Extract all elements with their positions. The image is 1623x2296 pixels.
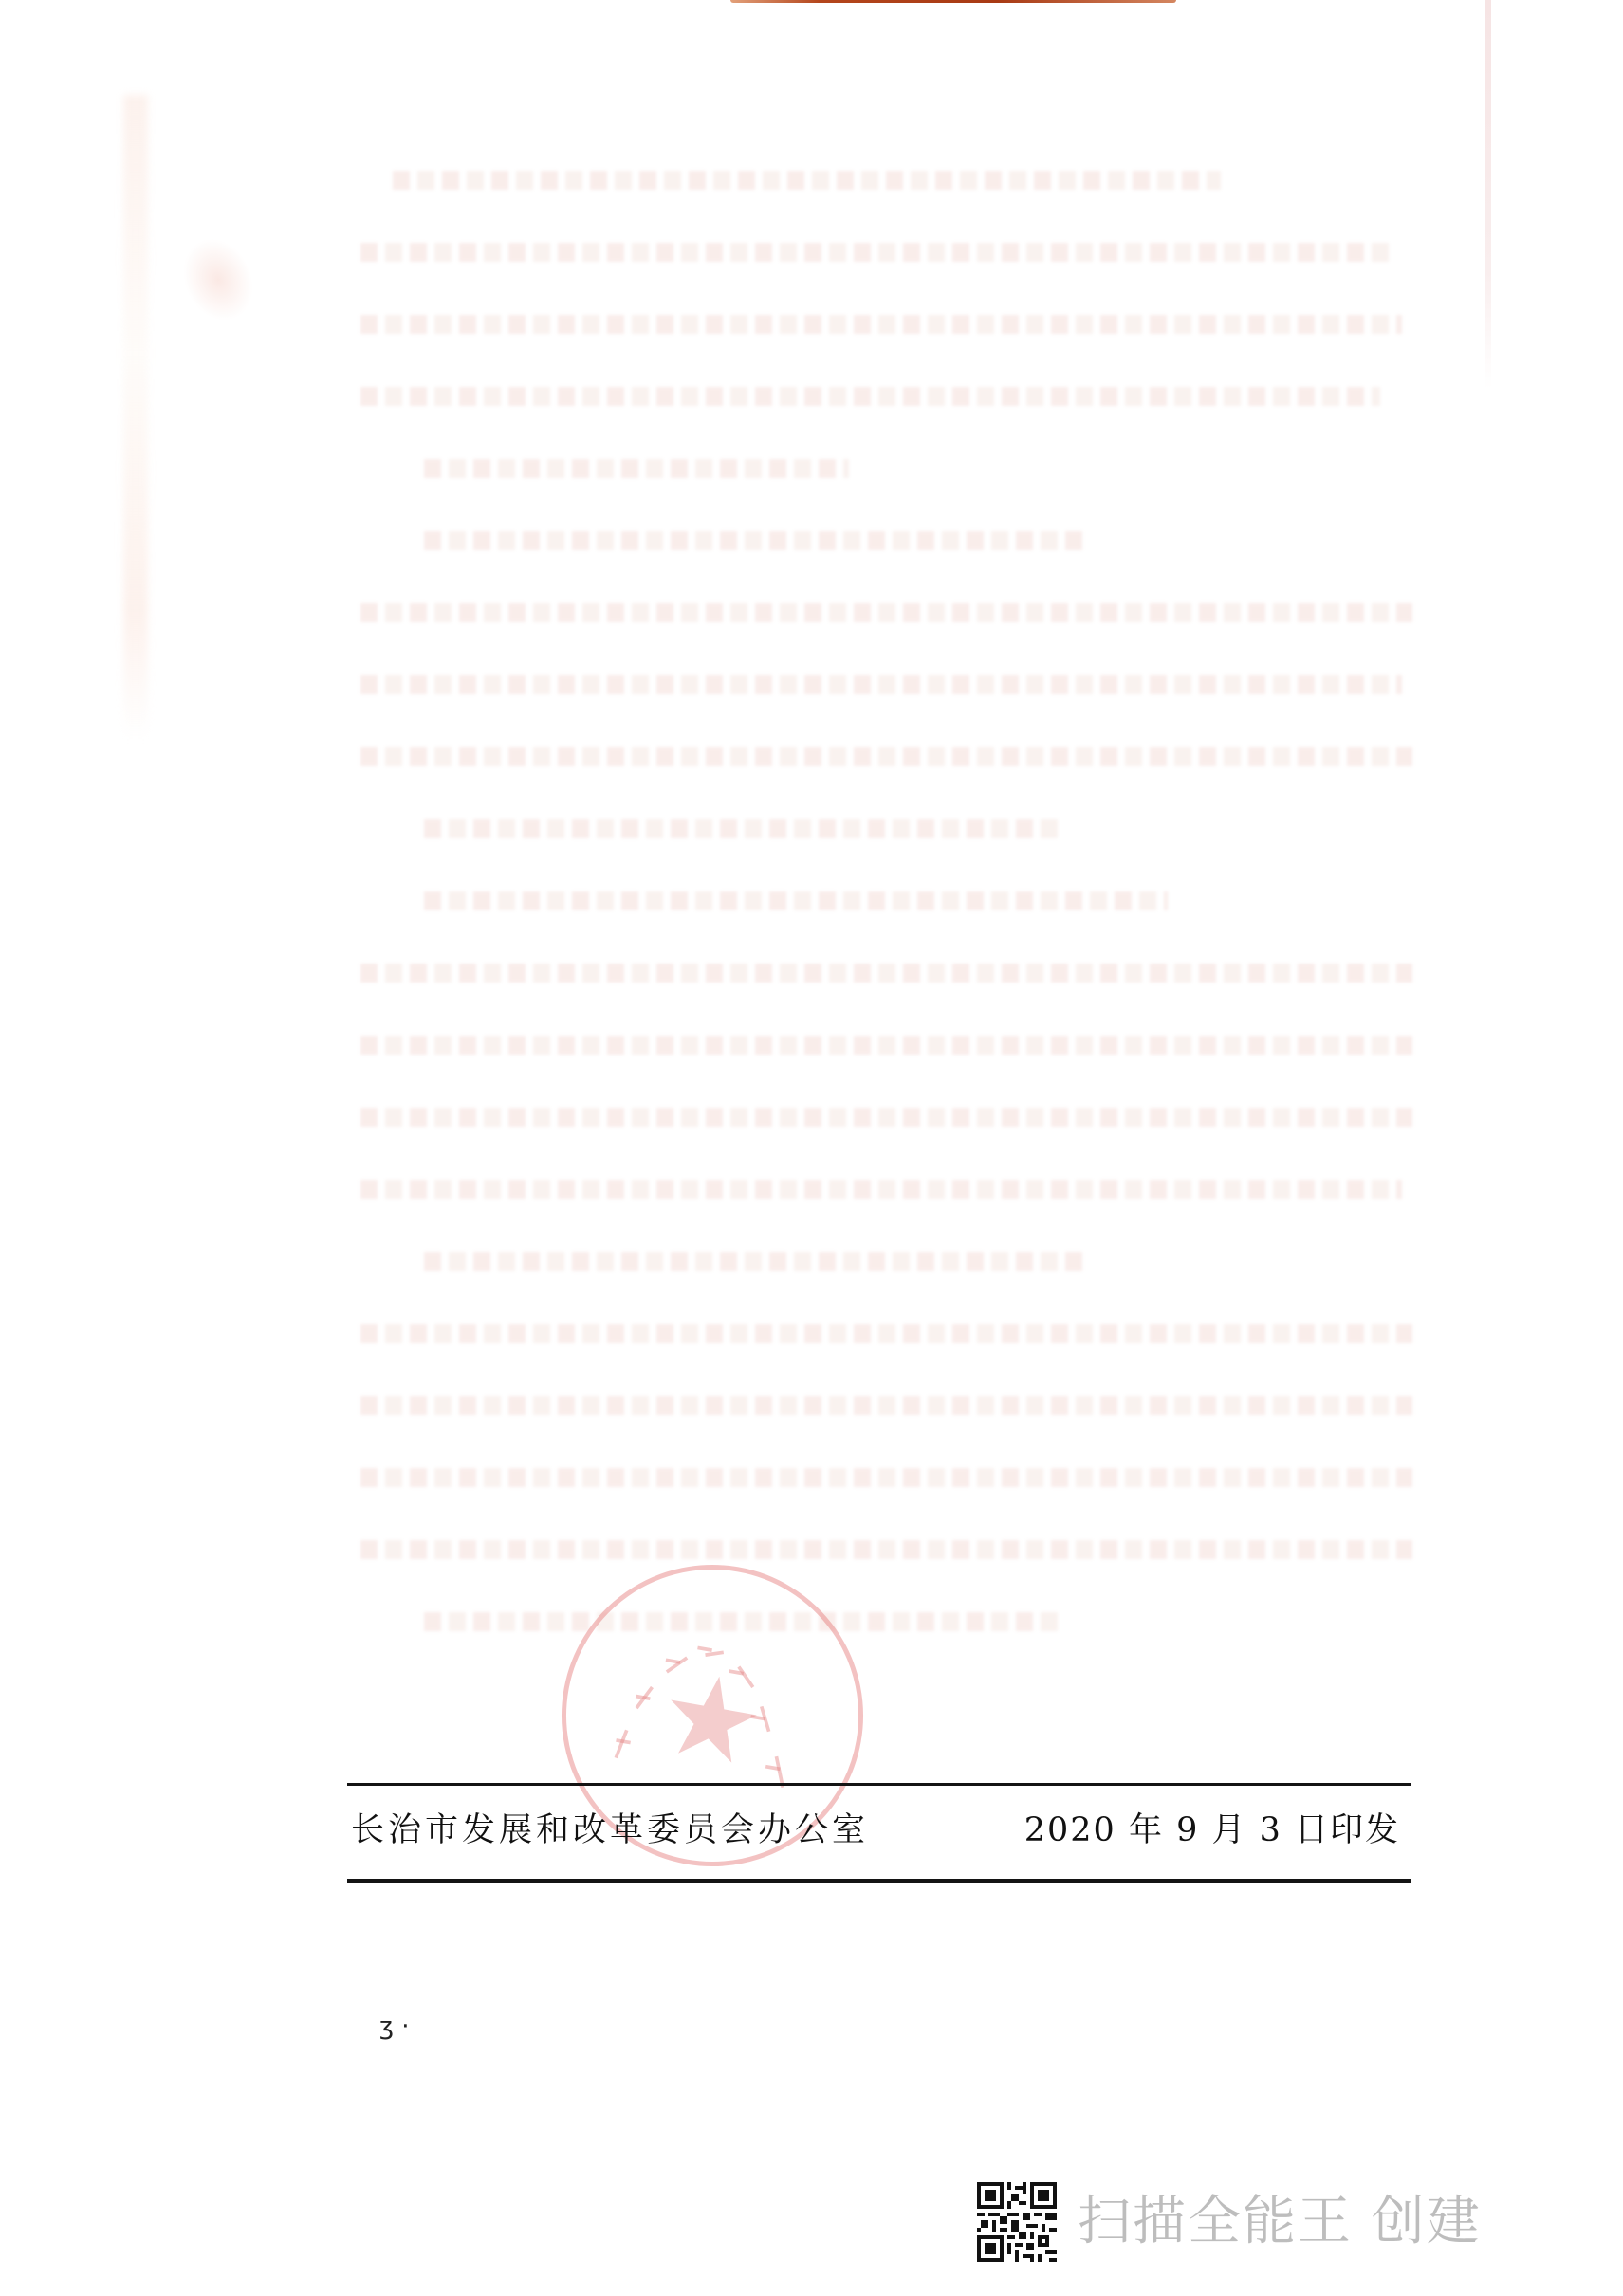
scan-left-smudge: [123, 95, 148, 740]
footer-rule-bottom: [347, 1879, 1411, 1883]
print-info-row: 长治市发展和改革委员会办公室 2020 年 9 月 3 日印发: [351, 1804, 1404, 1851]
watermark-text: 扫描全能王 创建: [1078, 2195, 1482, 2249]
scan-left-mark: [170, 227, 266, 332]
qr-code-icon: [977, 2181, 1057, 2263]
issuing-office: 长治市发展和改革委员会办公室: [351, 1804, 869, 1851]
scan-top-edge: [730, 0, 1176, 3]
page-marks: ʒ ·: [379, 2012, 410, 2041]
footer-rule-top: [347, 1783, 1411, 1786]
bleed-through-text: [360, 171, 1423, 1684]
issue-date: 2020 年 9 月 3 日印发: [1024, 1804, 1400, 1851]
scan-right-edge: [1485, 0, 1491, 389]
scanner-watermark: 扫描全能王 创建: [977, 2181, 1482, 2263]
